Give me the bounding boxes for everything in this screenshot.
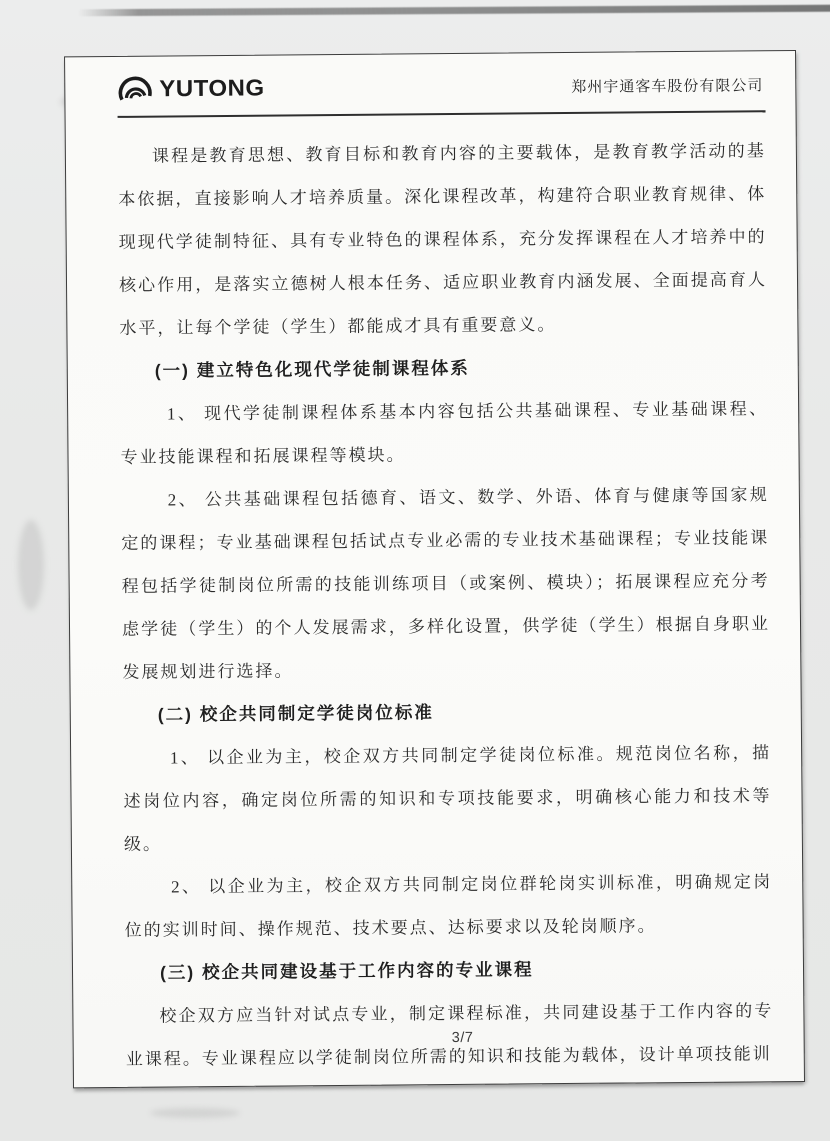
- yutong-logo-text: YUTONG: [159, 75, 264, 103]
- company-name: 郑州宇通客车股份有限公司: [571, 74, 765, 97]
- scanner-background: YUTONG 郑州宇通客车股份有限公司 课程是教育思想、教育目标和教育内容的主要…: [0, 0, 830, 1141]
- yutong-logo: YUTONG: [117, 72, 265, 107]
- scan-smudge: [18, 520, 44, 610]
- list-item-1-2: 2、 公共基础课程包括德育、语文、数学、外语、体育与健康等国家规定的课程；专业基…: [121, 473, 771, 694]
- paper-page: YUTONG 郑州宇通客车股份有限公司 课程是教育思想、教育目标和教育内容的主要…: [64, 50, 805, 1088]
- yutong-arcs-icon: [117, 73, 153, 107]
- list-item-2-2: 2、 以企业为主，校企双方共同制定岗位群轮岗实训标准，明确规定岗位的实训时间、操…: [124, 860, 773, 952]
- list-item-1-1: 1、 现代学徒制课程体系基本内容包括公共基础课程、专业基础课程、专业技能课程和拓…: [120, 387, 769, 479]
- letterhead-header: YUTONG 郑州宇通客车股份有限公司: [117, 65, 765, 118]
- section-heading-1: (一) 建立特色化现代学徒制课程体系: [120, 344, 768, 393]
- scan-smudge: [150, 1108, 240, 1118]
- page-content: YUTONG 郑州宇通客车股份有限公司 课程是教育思想、教育目标和教育内容的主要…: [65, 51, 804, 1087]
- document-body: 课程是教育思想、教育目标和教育内容的主要载体，是教育教学活动的基本依据，直接影响…: [118, 129, 774, 1081]
- section-heading-3: (三) 校企共同建设基于工作内容的专业课程: [125, 946, 773, 995]
- paragraph-intro: 课程是教育思想、教育目标和教育内容的主要载体，是教育教学活动的基本依据，直接影响…: [118, 129, 768, 350]
- section-heading-2: (二) 校企共同制定学徒岗位标准: [123, 688, 771, 737]
- scanner-top-streak: [78, 5, 830, 17]
- list-item-2-1: 1、 以企业为主，校企双方共同制定学徒岗位标准。规范岗位名称，描述岗位内容，确定…: [123, 731, 772, 866]
